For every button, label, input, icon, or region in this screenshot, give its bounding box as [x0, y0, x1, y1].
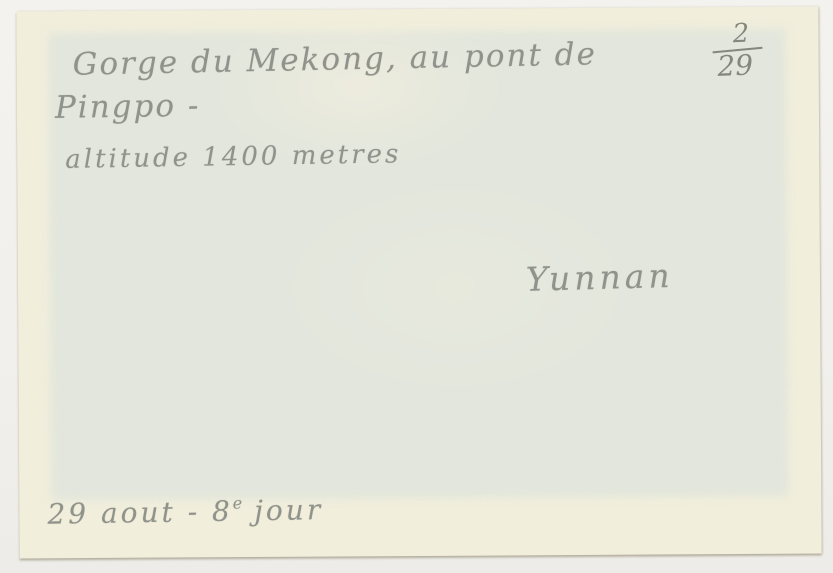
fraction-denominator: 29 [704, 50, 767, 83]
caption-line-2: Pingpo - [55, 88, 201, 126]
photo-index-fraction: 2 29 [708, 20, 766, 82]
region-name: Yunnan [525, 256, 674, 299]
date-note-suffix: jour [242, 493, 323, 527]
altitude-note: altitude 1400 metres [65, 139, 402, 175]
scan-background: Gorge du Mekong, au pont de Pingpo - alt… [0, 0, 833, 573]
fraction-numerator: 2 [708, 20, 773, 49]
date-note: 29 aout - 8e jour [47, 492, 323, 531]
date-note-prefix: 29 aout - 8 [47, 495, 233, 531]
date-note-ordinal: e [233, 493, 243, 512]
photo-verso-card: Gorge du Mekong, au pont de Pingpo - alt… [16, 7, 821, 559]
